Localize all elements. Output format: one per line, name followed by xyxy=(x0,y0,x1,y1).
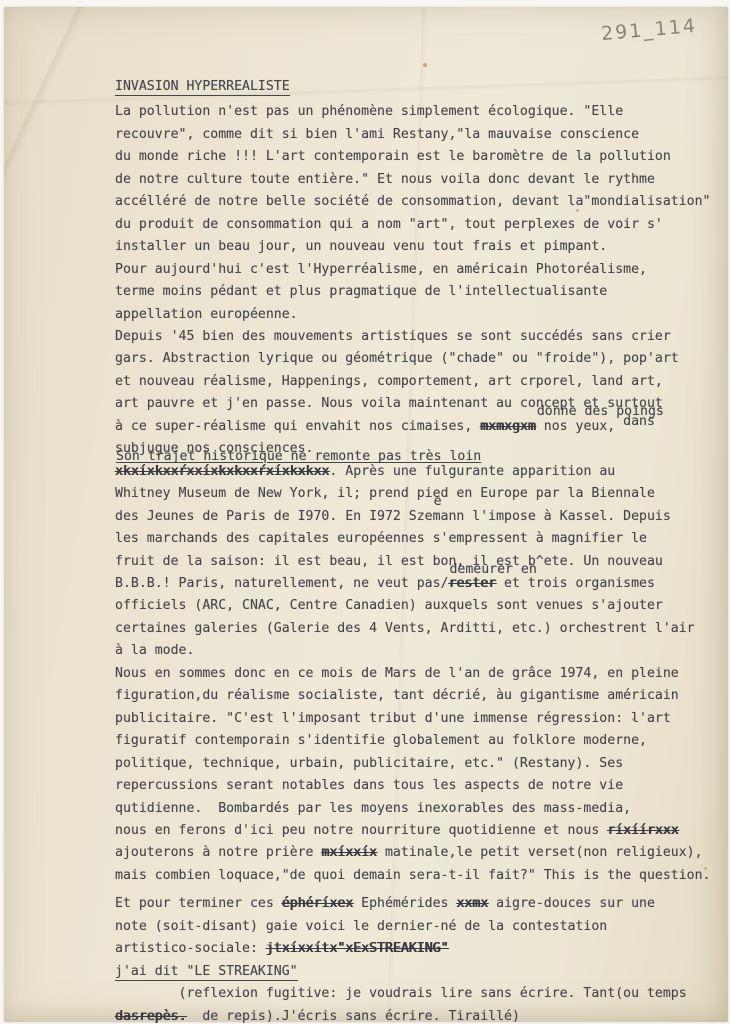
text-line: INVASION HYPERREALISTE xyxy=(115,76,724,98)
text-line: artistico-sociale: jtxíxxítx"xExSTREAKIN… xyxy=(115,938,724,960)
text-run: aigre-douces sur une xyxy=(488,896,655,911)
struck-out-text: mxíxxíx xyxy=(321,845,377,860)
text-line: officiels (ARC, CNAC, Centre Canadien) a… xyxy=(115,595,724,617)
text-run: appellation européenne. xyxy=(115,307,298,322)
text-run: gars. Abstraction lyrique ou géométrique… xyxy=(115,351,679,366)
text-line: Et pour terminer ces éphéríxex Ephémérid… xyxy=(115,893,724,915)
struck-out-text: jtxíxxítx"xExSTREAKING" xyxy=(266,941,449,956)
text-line: politique, technique, urbain, publicitai… xyxy=(115,753,724,775)
text-line: terme moins pédant et plus pragmatique d… xyxy=(115,281,724,303)
text-line: j'ai dit "LE STREAKING" xyxy=(115,961,724,983)
text-line: (reflexion fugitive: je voudrais lire sa… xyxy=(115,983,724,1005)
text-run: figuratif contemporain s'identifie globa… xyxy=(115,733,647,748)
text-line: et nouveau réalisme, Happenings, comport… xyxy=(115,371,724,393)
text-run: recouvre", comme dit si bien l'ami Resta… xyxy=(115,127,639,142)
para-ephemerides: Et pour terminer ces éphéríxex Ephémérid… xyxy=(115,893,724,960)
text-line: les marchands des capitales européennes … xyxy=(115,528,724,550)
text-line: certaines galeries (Galerie des 4 Vents,… xyxy=(115,618,724,640)
text-run: à la mode. xyxy=(115,643,194,658)
text-run: Whitney Museum de New York, il; prend pi… xyxy=(115,486,655,501)
struck-out-text: ríxíírxxx xyxy=(607,823,678,838)
text-run: mais combien loquace,"de quoi demain ser… xyxy=(115,868,710,883)
text-line: repercussions serant notables dans tous … xyxy=(115,775,724,797)
text-line: Nous en sommes donc en ce mois de Mars d… xyxy=(115,663,724,685)
text-line: du monde riche !!! L'art contemporain es… xyxy=(115,146,724,168)
typescript: INVASION HYPERREALISTELa pollution n'est… xyxy=(4,7,728,1024)
underlined-text: j'ai dit "LE STREAKING" xyxy=(115,964,298,981)
struck-out-text: mxmxgxm xyxy=(480,419,536,434)
text-line: fruit de la saison: il est beau, il est … xyxy=(115,551,724,573)
text-run: installer un beau jour, un nouveau venu … xyxy=(115,239,607,254)
text-line: note (soit-disant) gaie voici le dernier… xyxy=(115,916,724,938)
text-run: accélléré de notre belle société de cons… xyxy=(115,194,710,209)
text-run: ajouterons à notre prière xyxy=(115,845,321,860)
text-line: à la mode. xyxy=(115,640,724,662)
text-line: figuratif contemporain s'identifie globa… xyxy=(115,730,724,752)
text-run: de repis).J'écris sans écrire. Tiraillé) xyxy=(186,1009,519,1024)
text-run: figuration,du réalisme socialiste, tant … xyxy=(115,688,679,703)
text-line: Son trajet historique ne remonte pas trè… xyxy=(115,461,724,483)
text-run: nous en ferons d'ici peu notre nourritur… xyxy=(115,823,607,838)
text-line: accélléré de notre belle société de cons… xyxy=(115,191,724,213)
text-run: note (soit-disant) gaie voici le dernier… xyxy=(115,919,607,934)
text-run: de notre culture toute entière." Et nous… xyxy=(115,172,655,187)
text-run: matinale,le petit verset(non religieux), xyxy=(377,845,703,860)
underlined-text: INVASION HYPERREALISTE xyxy=(115,79,290,96)
text-run: (reflexion fugitive: je voudrais lire sa… xyxy=(115,986,687,1001)
text-run: publicitaire. "C'est l'imposant tribut d… xyxy=(115,711,671,726)
text-run: à ce super-réalisme qui envahit nos cima… xyxy=(115,419,480,434)
para-mars-1974: Nous en sommes donc en ce mois de Mars d… xyxy=(115,663,724,888)
text-run: terme moins pédant et plus pragmatique d… xyxy=(115,284,607,299)
heading-streaking: j'ai dit "LE STREAKING" xyxy=(115,961,724,983)
para-pollution: La pollution n'est pas un phénomène simp… xyxy=(115,101,724,326)
text-line: qutidienne. Bombardés par les moyens ine… xyxy=(115,798,724,820)
text-run: artistico-sociale: xyxy=(115,941,266,956)
text-run: certaines galeries (Galerie des 4 Vents,… xyxy=(115,621,695,636)
text-run: du produit de consommation qui a nom "ar… xyxy=(115,217,663,232)
text-line: B.B.B.! Paris, naturellement, ne veut pa… xyxy=(115,573,724,595)
text-run: La pollution n'est pas un phénomène simp… xyxy=(115,104,623,119)
raised-text: dans xyxy=(615,414,655,429)
document-title: INVASION HYPERREALISTE xyxy=(115,76,724,98)
text-line: Whitney Museum de New York, il; prend pi… xyxy=(115,483,724,505)
text-run: B.B.B.! Paris, naturellement, ne veut pa… xyxy=(115,576,448,591)
text-run: politique, technique, urbain, publicitai… xyxy=(115,756,623,771)
text-line: appellation européenne. xyxy=(115,304,724,326)
text-line: des Jeunes de Paris de I970. En I972 Sze… xyxy=(115,506,724,528)
text-run: repercussions serant notables dans tous … xyxy=(115,778,623,793)
text-line: La pollution n'est pas un phénomène simp… xyxy=(115,101,724,123)
text-line: installer un beau jour, un nouveau venu … xyxy=(115,236,724,258)
text-run: et nouveau réalisme, Happenings, comport… xyxy=(115,374,663,389)
text-run: Depuis '45 bien des mouvements artistiqu… xyxy=(115,329,671,344)
text-run: les marchands des capitales européennes … xyxy=(115,531,647,546)
text-line: de notre culture toute entière." Et nous… xyxy=(115,169,724,191)
struck-out-text: dasrepès. xyxy=(115,1009,186,1024)
text-line: gars. Abstraction lyrique ou géométrique… xyxy=(115,348,724,370)
para-mouvements: Depuis '45 bien des mouvements artistiqu… xyxy=(115,326,724,663)
text-run: qutidienne. Bombardés par les moyens ine… xyxy=(115,801,631,816)
text-line: figuration,du réalisme socialiste, tant … xyxy=(115,685,724,707)
text-line: Depuis '45 bien des mouvements artistiqu… xyxy=(115,326,724,348)
text-run: Ephémérides xyxy=(353,896,456,911)
text-line: Pour aujourd'hui c'est l'Hyperréalisme, … xyxy=(115,259,724,281)
text-run: du monde riche !!! L'art contemporain es… xyxy=(115,149,671,164)
text-run: Et pour terminer ces xyxy=(115,896,282,911)
text-line: mais combien loquace,"de quoi demain ser… xyxy=(115,865,724,887)
text-line: à ce super-réalisme qui envahit nos cima… xyxy=(115,416,724,438)
para-reflexion: (reflexion fugitive: je voudrais lire sa… xyxy=(115,983,724,1024)
text-line: recouvre", comme dit si bien l'ami Resta… xyxy=(115,124,724,146)
text-line: publicitaire. "C'est l'imposant tribut d… xyxy=(115,708,724,730)
text-run: officiels (ARC, CNAC, Centre Canadien) a… xyxy=(115,598,663,613)
text-run: fruit de la saison: il est beau, il est … xyxy=(115,554,663,569)
struck-out-text: éphéríxex xyxy=(282,896,353,911)
text-run: Nous en sommes donc en ce mois de Mars d… xyxy=(115,666,679,681)
text-line: ajouterons à notre prière mxíxxíx matina… xyxy=(115,842,724,864)
text-line: nous en ferons d'ici peu notre nourritur… xyxy=(115,820,724,842)
text-run: des Jeunes de Paris de I970. En I972 Sze xyxy=(115,509,433,524)
text-line: dasrepès. de repis).J'écris sans écrire.… xyxy=(115,1006,724,1024)
text-run: mann l'impose à Kassel. Depuis xyxy=(433,509,671,524)
text-run: Pour aujourd'hui c'est l'Hyperréalisme, … xyxy=(115,262,647,277)
text-line: du produit de consommation qui a nom "ar… xyxy=(115,214,724,236)
struck-out-text: xxmx xyxy=(456,896,488,911)
